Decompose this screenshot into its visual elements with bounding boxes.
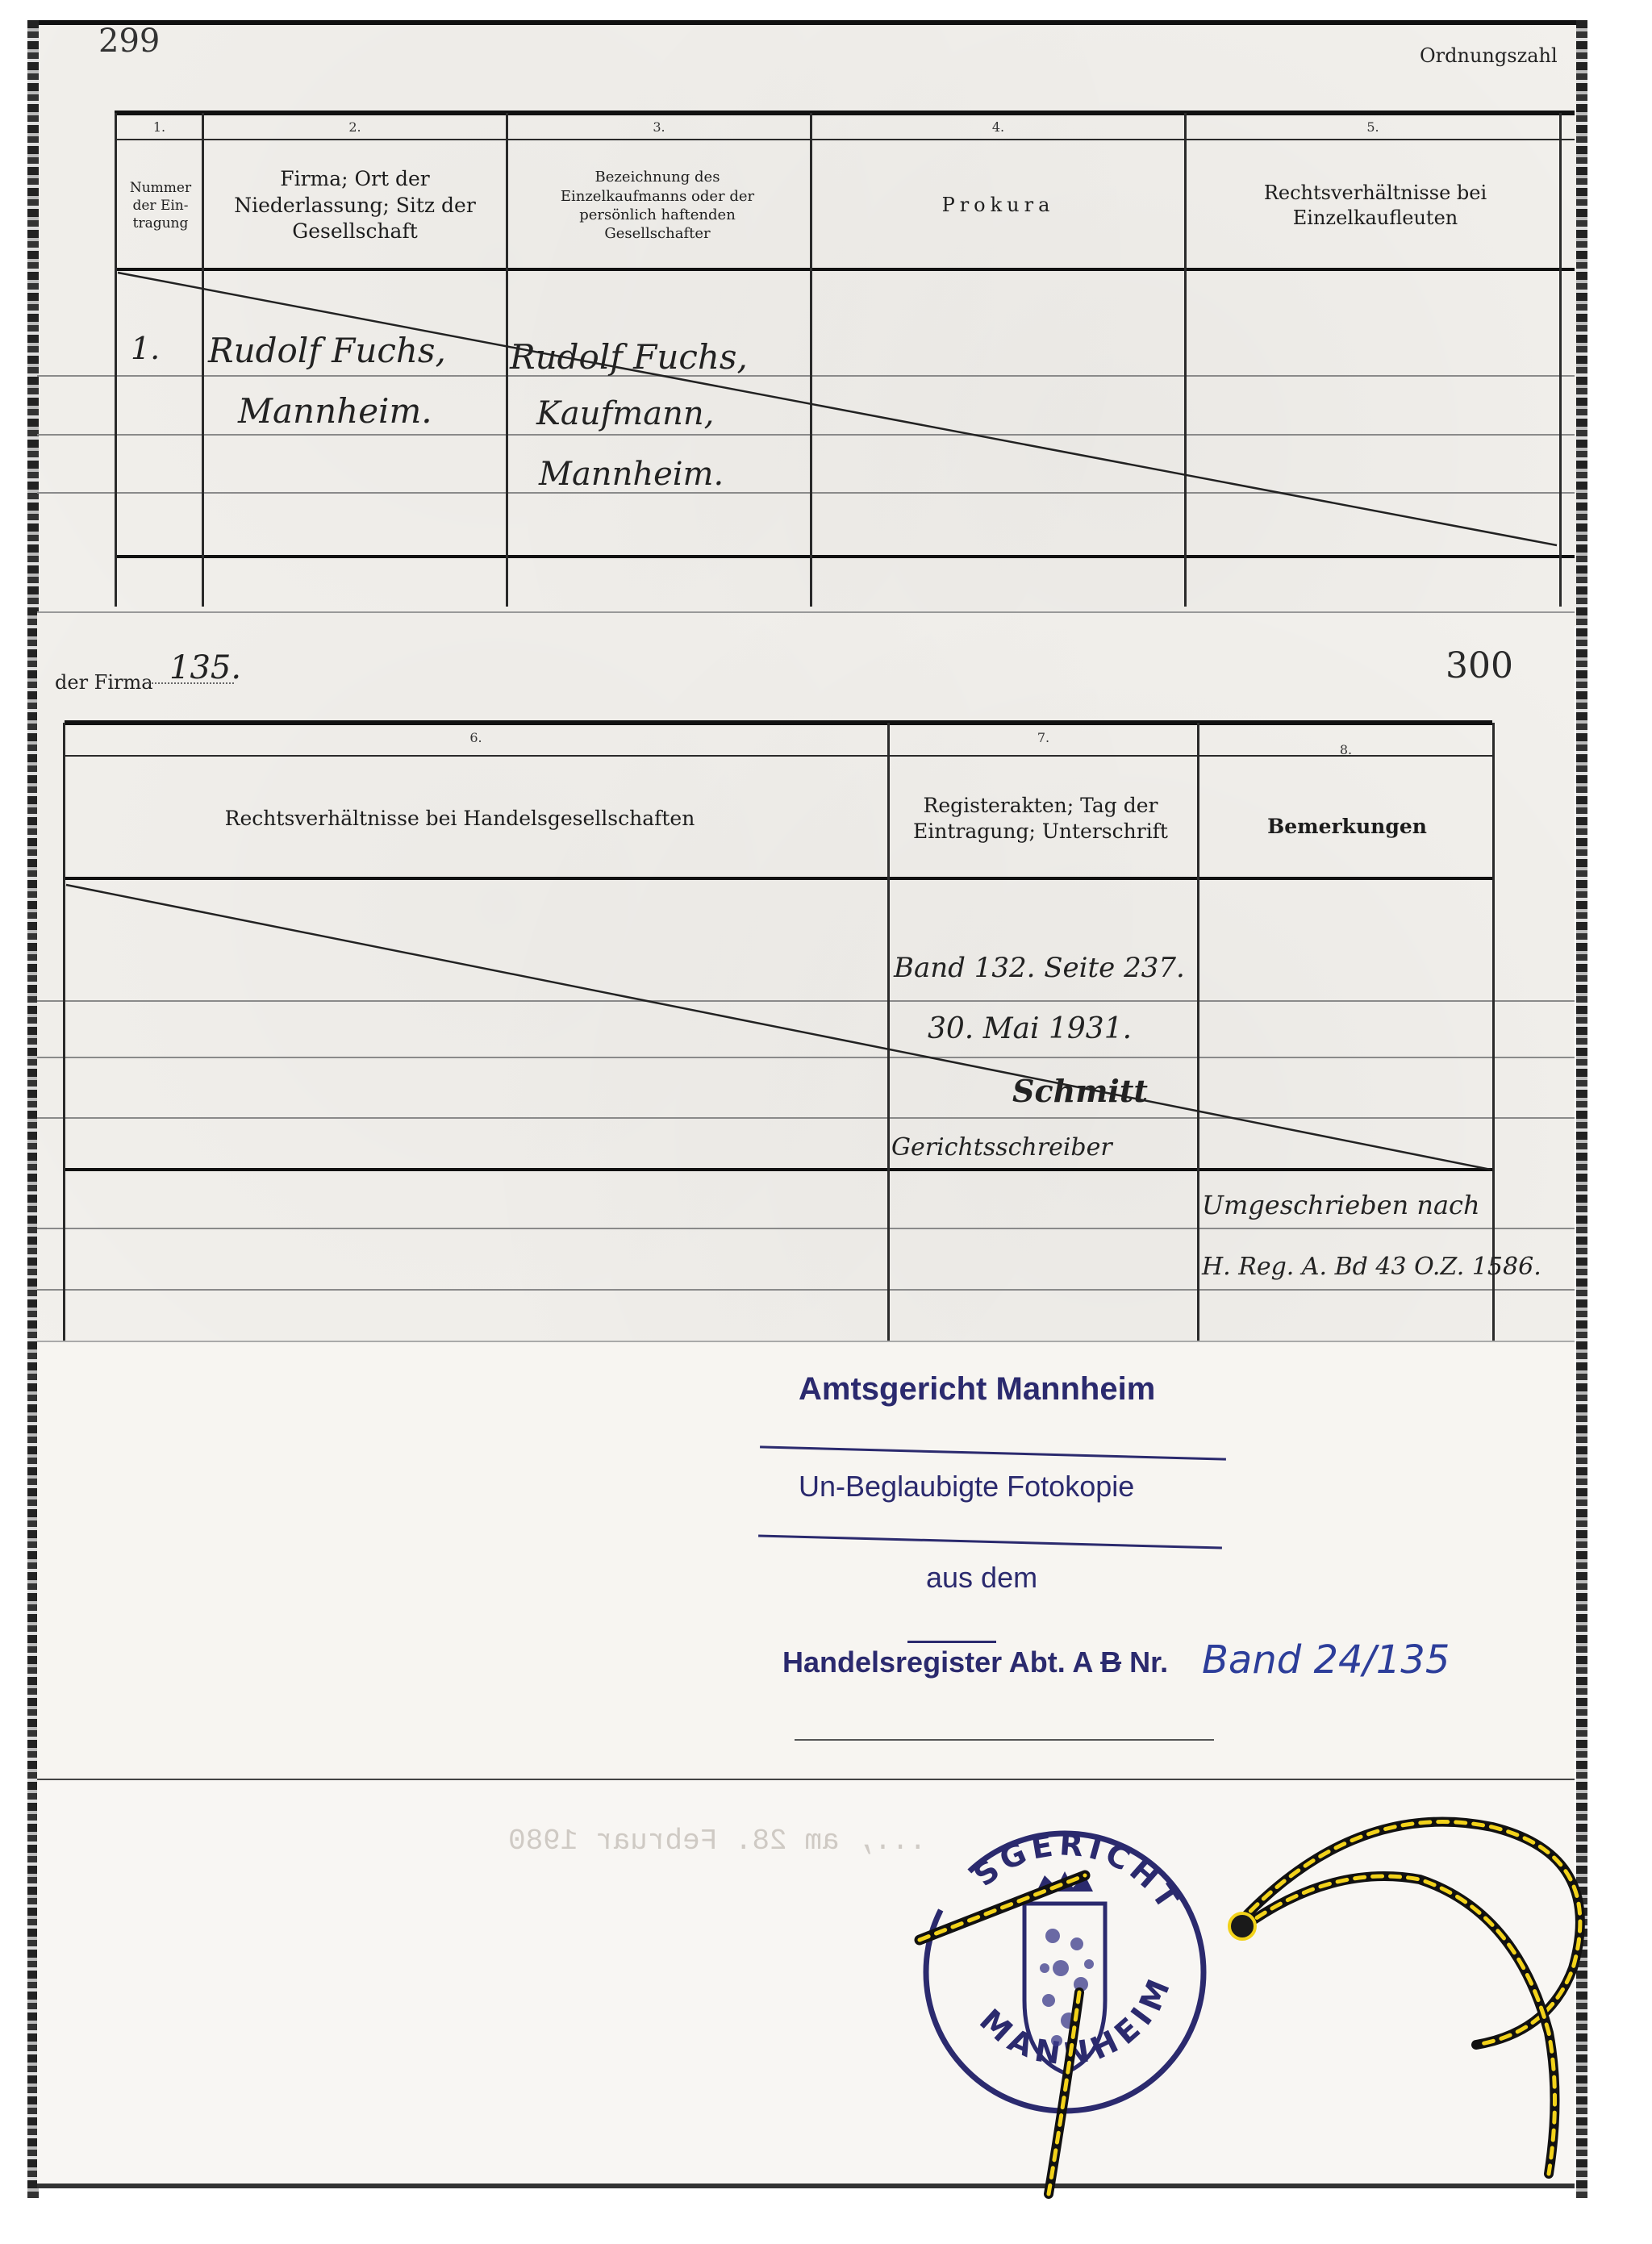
cord-knot — [1229, 1913, 1255, 1939]
binding-cord — [0, 0, 1652, 2244]
